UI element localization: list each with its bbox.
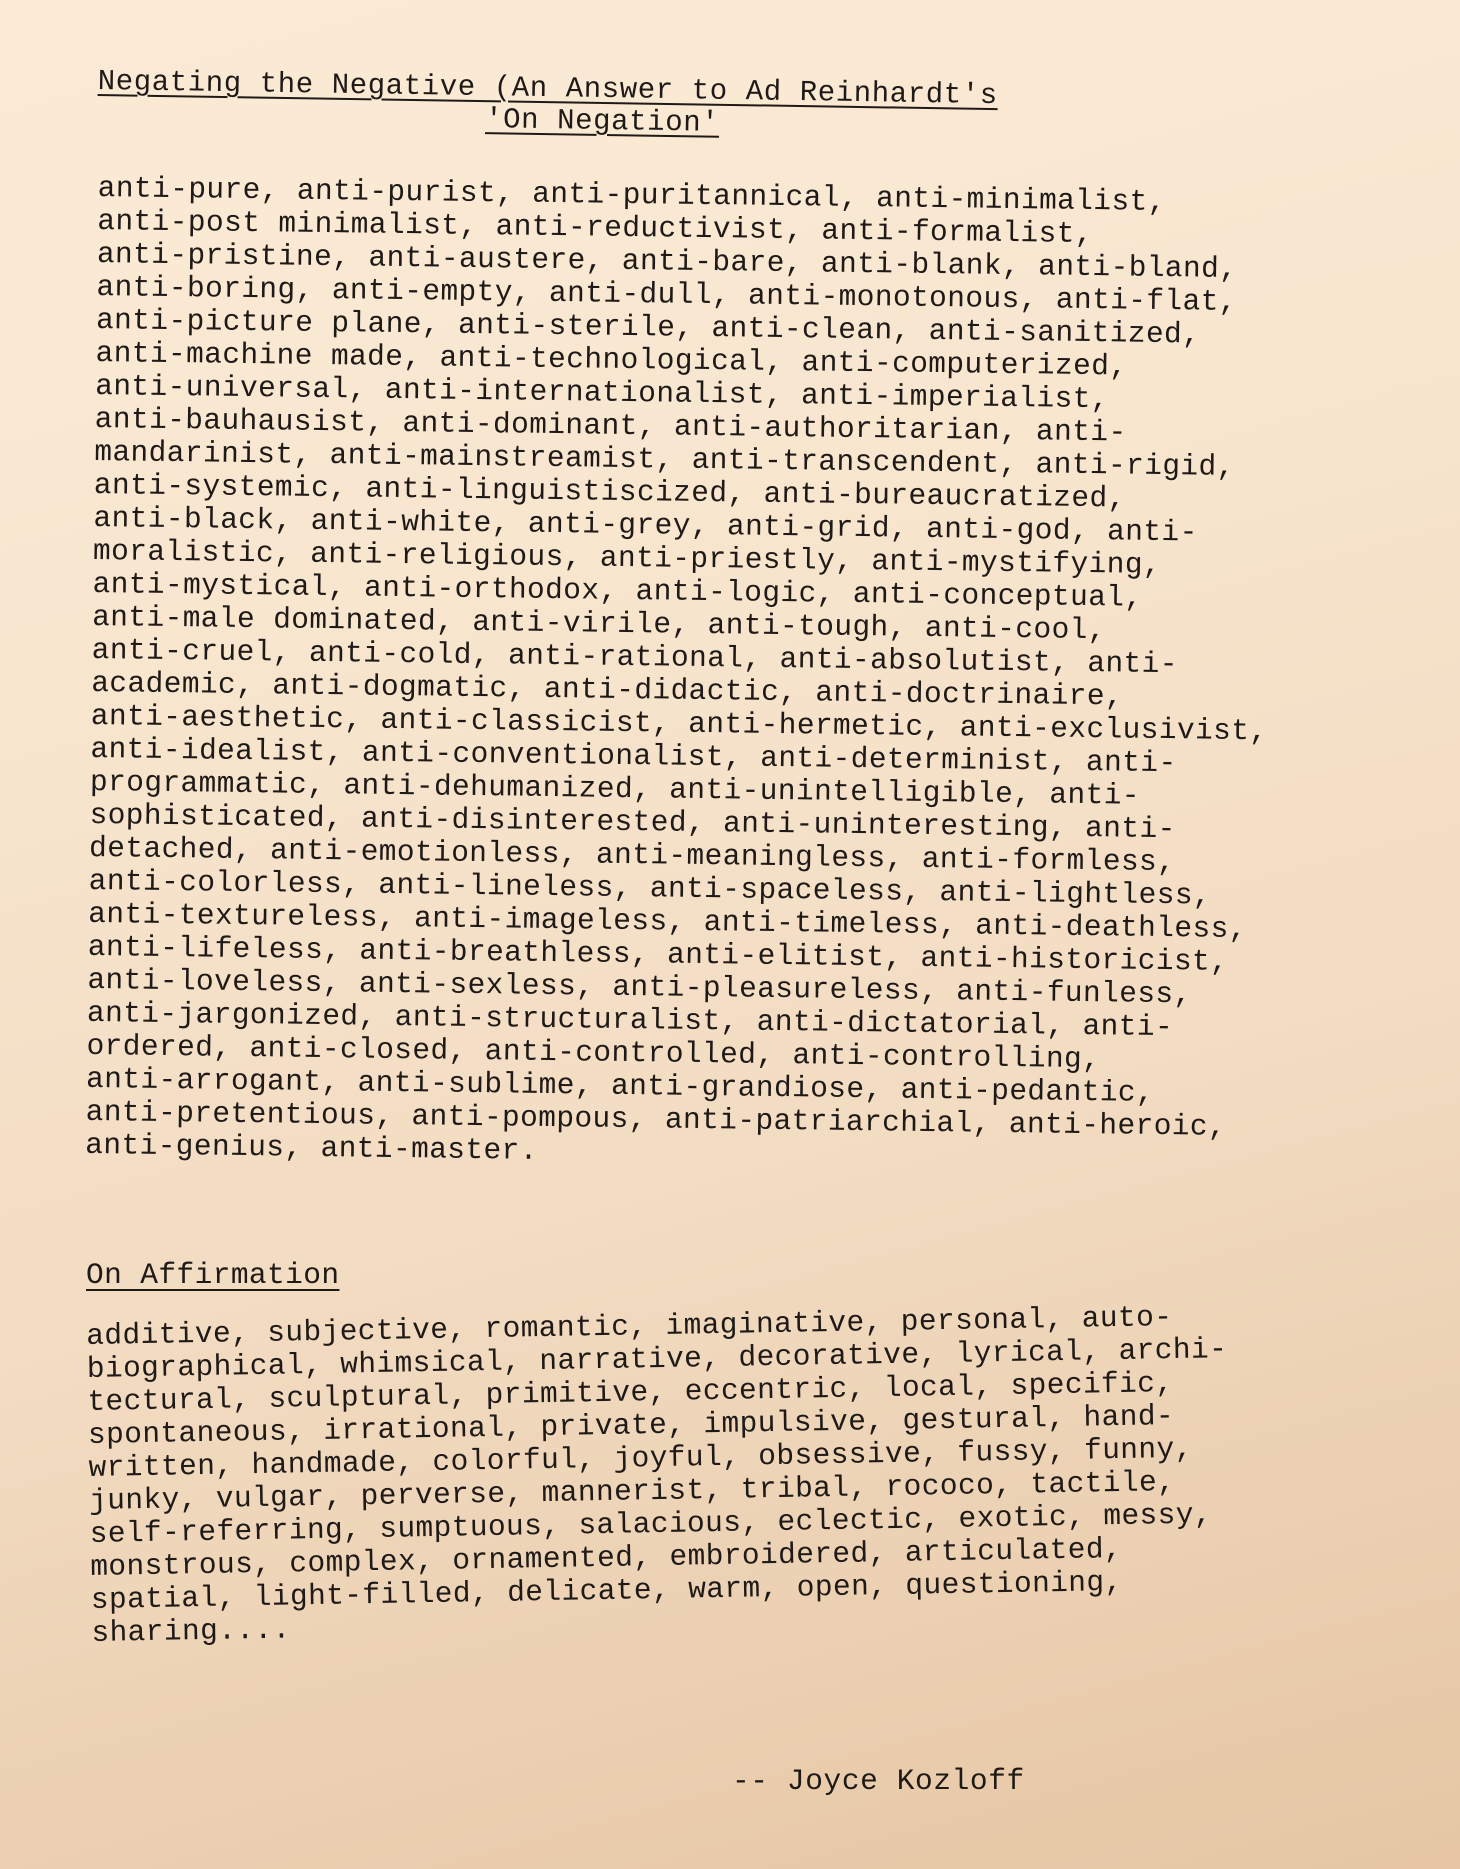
- affirmation-list: additive, subjective, romantic, imaginat…: [86, 1300, 1232, 1650]
- typewritten-page: Negating the Negative (An Answer to Ad R…: [0, 0, 1460, 1869]
- negation-list: anti-pure, anti-purist, anti-puritannica…: [85, 172, 1275, 1177]
- document-title: Negating the Negative (An Answer to Ad R…: [97, 66, 1108, 146]
- affirmation-heading: On Affirmation: [86, 1258, 339, 1292]
- signature: -- Joyce Kozloff: [732, 1764, 1025, 1798]
